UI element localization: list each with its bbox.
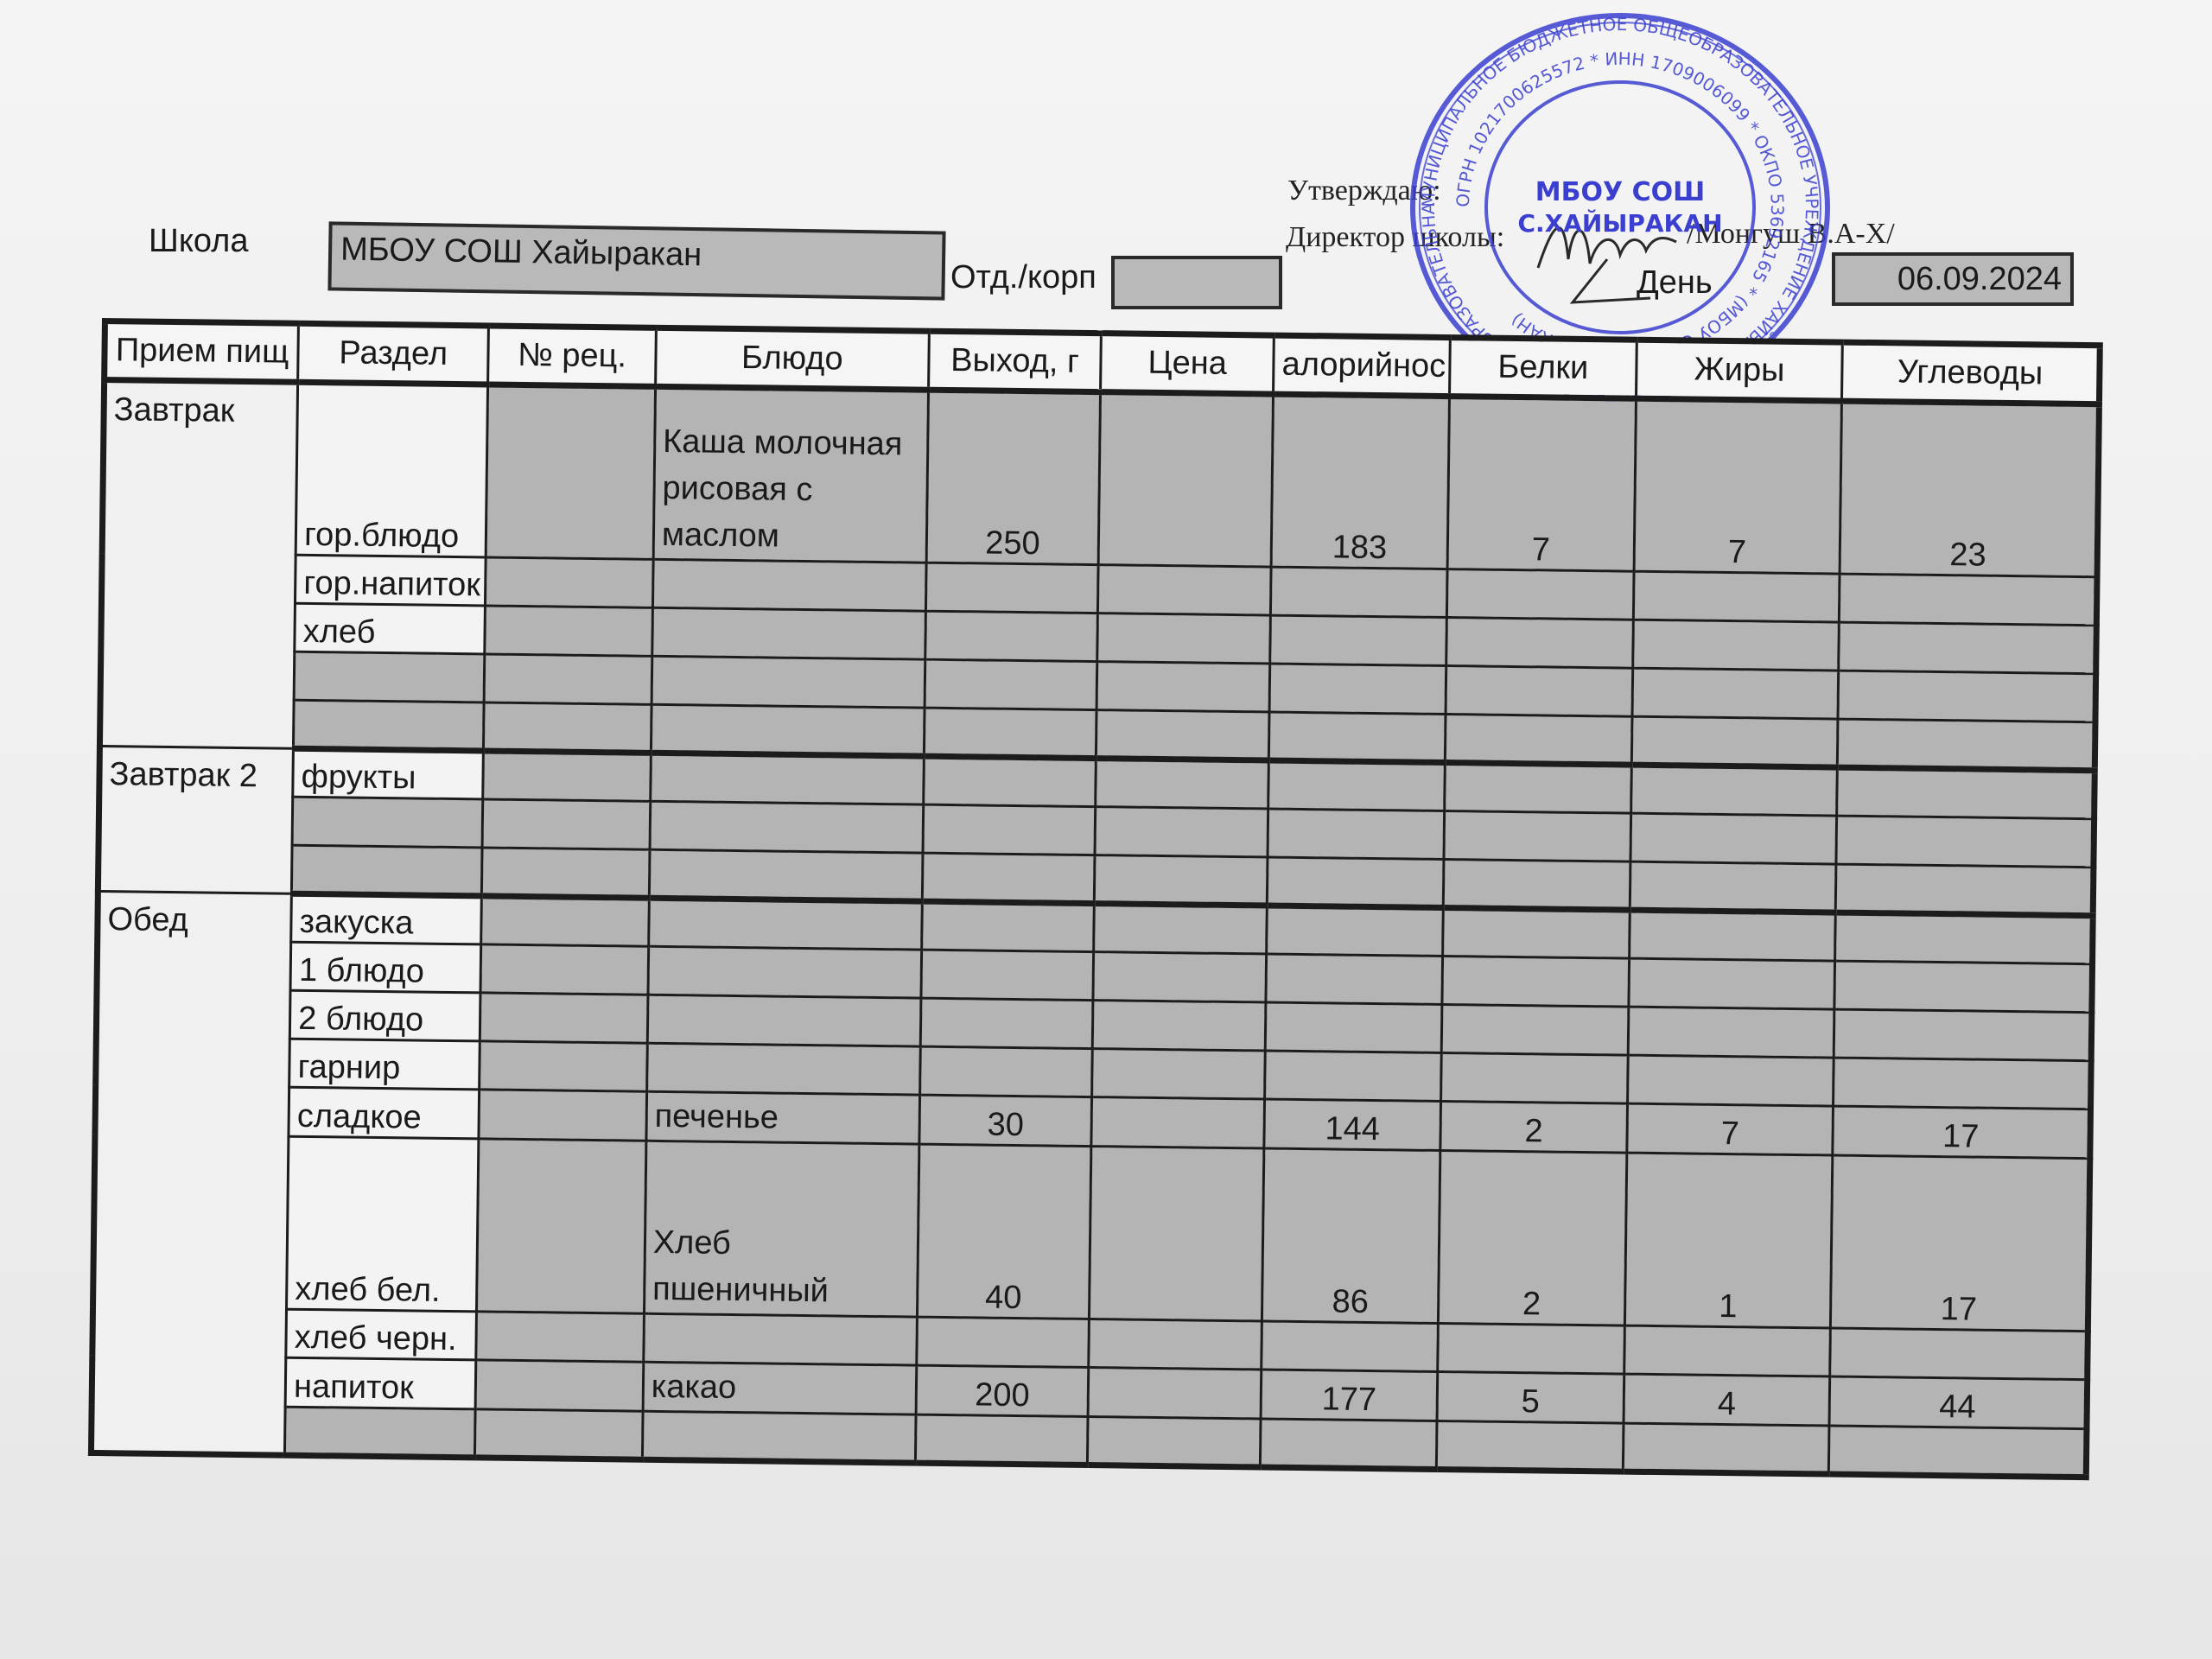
- kcal-cell[interactable]: 177: [1261, 1370, 1437, 1421]
- fat-cell[interactable]: 4: [1624, 1374, 1830, 1426]
- recipe-cell[interactable]: [481, 896, 649, 946]
- yield-cell[interactable]: 250: [926, 390, 1101, 564]
- carbs-cell[interactable]: 44: [1829, 1376, 2087, 1429]
- school-field[interactable]: МБОУ СОШ Хайыракан: [327, 221, 945, 300]
- yield-cell[interactable]: [924, 708, 1096, 758]
- recipe-cell[interactable]: [480, 1041, 647, 1091]
- recipe-cell[interactable]: [482, 848, 650, 898]
- kcal-cell[interactable]: [1266, 954, 1442, 1004]
- table-row: Завтракгор.блюдоКаша молочная рисовая с …: [102, 380, 2099, 577]
- price-cell[interactable]: [1096, 662, 1269, 712]
- recipe-cell[interactable]: [477, 1139, 646, 1313]
- section-cell[interactable]: 1 блюдо: [290, 942, 481, 993]
- price-cell[interactable]: [1090, 1147, 1264, 1321]
- protein-cell[interactable]: [1444, 811, 1631, 862]
- yield-cell[interactable]: [925, 563, 1098, 613]
- recipe-cell[interactable]: [486, 557, 653, 607]
- price-cell[interactable]: [1088, 1417, 1261, 1467]
- kcal-cell[interactable]: [1270, 615, 1446, 665]
- dish-cell[interactable]: [648, 946, 922, 998]
- fat-cell[interactable]: 7: [1634, 398, 1842, 574]
- carbs-cell[interactable]: 17: [1833, 1106, 2090, 1159]
- recipe-cell[interactable]: [483, 751, 651, 801]
- fat-cell[interactable]: 7: [1627, 1103, 1834, 1155]
- price-cell[interactable]: [1094, 904, 1267, 954]
- yield-cell[interactable]: [919, 1046, 1092, 1096]
- price-cell[interactable]: [1093, 952, 1266, 1002]
- fat-cell[interactable]: [1627, 1055, 1834, 1106]
- carbs-cell[interactable]: [1834, 1058, 2091, 1109]
- column-header-price: Цена: [1101, 334, 1274, 394]
- yield-cell[interactable]: [925, 659, 1097, 709]
- carbs-cell[interactable]: [1839, 622, 2096, 674]
- column-header-kcal: алорийнос: [1274, 335, 1451, 396]
- fat-cell[interactable]: [1630, 861, 1836, 912]
- recipe-cell[interactable]: [484, 654, 652, 704]
- dish-cell[interactable]: [651, 704, 925, 756]
- protein-cell[interactable]: [1446, 618, 1634, 669]
- yield-cell[interactable]: 30: [919, 1095, 1092, 1146]
- section-cell[interactable]: фрукты: [293, 748, 484, 799]
- yield-cell[interactable]: [916, 1317, 1089, 1367]
- protein-cell[interactable]: [1446, 569, 1634, 620]
- recipe-cell[interactable]: [476, 1312, 644, 1362]
- yield-cell[interactable]: [921, 901, 1094, 951]
- kcal-cell[interactable]: [1261, 1419, 1437, 1469]
- price-cell[interactable]: [1099, 392, 1274, 567]
- meal-cell: Обед: [91, 891, 291, 1455]
- carbs-cell[interactable]: [1836, 864, 2094, 916]
- yield-cell[interactable]: [923, 804, 1096, 855]
- carbs-cell[interactable]: [1830, 1328, 2088, 1380]
- yield-cell[interactable]: [921, 950, 1094, 1000]
- section-cell[interactable]: гарнир: [289, 1039, 480, 1090]
- protein-cell[interactable]: [1443, 908, 1630, 959]
- dish-cell[interactable]: Хлеб пшеничный: [644, 1141, 918, 1317]
- section-cell[interactable]: гор.напиток: [296, 555, 486, 606]
- column-header-recipe: № рец.: [488, 326, 656, 386]
- day-field[interactable]: 06.09.2024: [1832, 252, 2074, 306]
- dish-cell[interactable]: [649, 898, 923, 950]
- carbs-cell[interactable]: [1834, 1009, 2092, 1061]
- dish-cell[interactable]: [652, 559, 926, 611]
- yield-cell[interactable]: [923, 756, 1096, 806]
- price-cell[interactable]: [1098, 565, 1271, 615]
- section-cell[interactable]: [292, 845, 483, 896]
- carbs-cell[interactable]: [1835, 912, 2093, 964]
- approve-label: Утверждаю:: [1287, 175, 1441, 207]
- price-cell[interactable]: [1091, 1097, 1264, 1148]
- fat-cell[interactable]: [1631, 716, 1838, 767]
- yield-cell[interactable]: [915, 1414, 1088, 1465]
- column-header-section: Раздел: [298, 323, 489, 385]
- column-header-meal: Прием пищ: [105, 321, 299, 383]
- price-cell[interactable]: [1097, 613, 1270, 664]
- protein-cell[interactable]: [1436, 1421, 1624, 1471]
- price-cell[interactable]: [1095, 855, 1268, 906]
- dish-cell[interactable]: [652, 607, 926, 659]
- kcal-cell[interactable]: [1267, 857, 1443, 907]
- carbs-cell[interactable]: [1834, 961, 2092, 1013]
- price-cell[interactable]: [1096, 710, 1269, 760]
- protein-cell[interactable]: [1441, 1005, 1629, 1056]
- protein-cell[interactable]: 2: [1438, 1150, 1626, 1325]
- meal-cell: Завтрак 2: [98, 747, 293, 894]
- dept-field[interactable]: [1111, 256, 1282, 309]
- column-header-fat: Жиры: [1636, 340, 1842, 401]
- yield-cell[interactable]: 40: [917, 1144, 1091, 1319]
- price-cell[interactable]: [1089, 1319, 1262, 1370]
- yield-cell[interactable]: [925, 611, 1097, 661]
- kcal-cell[interactable]: [1265, 1051, 1441, 1101]
- dish-cell[interactable]: [646, 1043, 920, 1095]
- protein-cell[interactable]: [1446, 666, 1633, 717]
- kcal-cell[interactable]: [1262, 1321, 1438, 1371]
- dish-cell[interactable]: [642, 1411, 916, 1463]
- fat-cell[interactable]: [1624, 1325, 1831, 1376]
- section-cell[interactable]: [292, 797, 483, 848]
- price-cell[interactable]: [1095, 807, 1268, 857]
- protein-cell[interactable]: [1442, 957, 1630, 1007]
- kcal-cell[interactable]: [1268, 760, 1445, 810]
- kcal-cell[interactable]: [1269, 664, 1446, 714]
- kcal-cell[interactable]: [1267, 906, 1443, 956]
- kcal-cell[interactable]: [1269, 712, 1446, 762]
- column-header-carbs: Углеводы: [1842, 342, 2100, 404]
- column-header-protein: Белки: [1449, 338, 1637, 399]
- protein-cell[interactable]: [1443, 860, 1630, 911]
- kcal-cell[interactable]: [1271, 567, 1447, 617]
- fat-cell[interactable]: [1633, 571, 1840, 622]
- yield-cell[interactable]: [922, 853, 1095, 903]
- kcal-cell[interactable]: [1268, 809, 1444, 859]
- price-cell[interactable]: [1092, 1049, 1265, 1099]
- dish-cell[interactable]: Каша молочная рисовая с маслом: [653, 386, 928, 563]
- carbs-cell[interactable]: [1837, 767, 2094, 819]
- section-cell[interactable]: сладкое: [289, 1087, 480, 1139]
- fat-cell[interactable]: [1630, 910, 1836, 961]
- section-cell[interactable]: 2 блюдо: [289, 990, 480, 1041]
- price-cell[interactable]: [1093, 1001, 1266, 1051]
- carbs-cell[interactable]: [1840, 574, 2097, 626]
- section-cell[interactable]: хлеб бел.: [287, 1136, 480, 1312]
- table-row: хлеб бел.Хлеб пшеничный40862117: [93, 1134, 2090, 1331]
- section-cell[interactable]: хлеб черн.: [286, 1309, 477, 1360]
- kcal-cell[interactable]: 86: [1262, 1148, 1440, 1323]
- dish-cell[interactable]: [652, 656, 925, 708]
- fat-cell[interactable]: [1629, 958, 1835, 1009]
- meal-cell: Завтрак: [99, 380, 297, 749]
- section-cell[interactable]: закуска: [291, 893, 482, 944]
- recipe-cell[interactable]: [479, 1090, 646, 1141]
- fat-cell[interactable]: [1632, 668, 1839, 719]
- fat-cell[interactable]: 1: [1624, 1153, 1833, 1328]
- dish-cell[interactable]: [649, 849, 923, 901]
- section-cell[interactable]: [294, 700, 485, 751]
- recipe-cell[interactable]: [486, 385, 655, 559]
- carbs-cell[interactable]: [1838, 671, 2095, 722]
- recipe-cell[interactable]: [482, 799, 650, 849]
- protein-cell[interactable]: [1445, 715, 1632, 766]
- section-cell[interactable]: хлеб: [295, 603, 486, 654]
- dish-cell[interactable]: [644, 1313, 918, 1365]
- protein-cell[interactable]: 2: [1440, 1101, 1628, 1153]
- dept-label: Отд./корп: [950, 259, 1096, 296]
- dish-cell[interactable]: какао: [643, 1362, 917, 1414]
- recipe-cell[interactable]: [475, 1360, 643, 1411]
- section-cell[interactable]: напиток: [285, 1357, 476, 1409]
- fat-cell[interactable]: [1630, 813, 1837, 864]
- carbs-cell[interactable]: 17: [1831, 1155, 2090, 1332]
- section-cell[interactable]: [294, 652, 485, 702]
- carbs-cell[interactable]: 23: [1840, 401, 2099, 577]
- recipe-cell[interactable]: [480, 993, 648, 1043]
- column-header-dish: Блюдо: [655, 327, 929, 390]
- carbs-cell[interactable]: [1838, 719, 2095, 771]
- recipe-cell[interactable]: [484, 702, 652, 753]
- yield-cell[interactable]: 200: [916, 1365, 1089, 1416]
- kcal-cell[interactable]: 183: [1271, 394, 1449, 569]
- protein-cell[interactable]: 7: [1447, 397, 1636, 572]
- fat-cell[interactable]: [1631, 765, 1838, 816]
- carbs-cell[interactable]: [1836, 816, 2094, 868]
- dish-cell[interactable]: [651, 753, 925, 804]
- protein-cell[interactable]: [1440, 1053, 1628, 1104]
- signature: [1521, 199, 1728, 320]
- dish-cell[interactable]: печенье: [646, 1091, 920, 1144]
- kcal-cell[interactable]: [1265, 1002, 1441, 1052]
- yield-cell[interactable]: [920, 998, 1093, 1048]
- recipe-cell[interactable]: [475, 1409, 643, 1459]
- section-cell[interactable]: [285, 1407, 476, 1458]
- carbs-cell[interactable]: [1829, 1426, 2087, 1478]
- school-label: Школа: [149, 223, 248, 260]
- fat-cell[interactable]: [1623, 1423, 1829, 1474]
- section-cell[interactable]: гор.блюдо: [296, 382, 488, 557]
- protein-cell[interactable]: 5: [1437, 1371, 1624, 1423]
- fat-cell[interactable]: [1633, 620, 1840, 671]
- recipe-cell[interactable]: [485, 606, 652, 656]
- protein-cell[interactable]: [1445, 763, 1632, 814]
- dish-cell[interactable]: [647, 995, 921, 1046]
- price-cell[interactable]: [1089, 1368, 1262, 1419]
- menu-table: Прием пищРаздел№ рец.БлюдоВыход, гЦенаал…: [88, 318, 2103, 1480]
- dish-cell[interactable]: [650, 801, 924, 853]
- kcal-cell[interactable]: 144: [1264, 1099, 1440, 1150]
- column-header-yield: Выход, г: [928, 331, 1102, 391]
- price-cell[interactable]: [1096, 759, 1268, 809]
- protein-cell[interactable]: [1438, 1323, 1625, 1374]
- director-label: Директор школы:: [1286, 221, 1504, 254]
- recipe-cell[interactable]: [480, 944, 648, 995]
- fat-cell[interactable]: [1628, 1007, 1834, 1058]
